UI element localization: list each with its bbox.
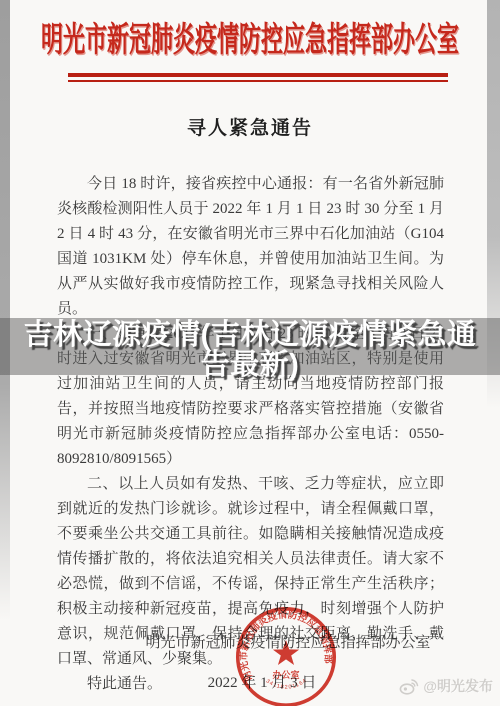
watermark-handle: @明光发布 [423, 676, 493, 696]
official-stamp-icon: 明光市新冠肺炎疫情防控应急指挥部 办公室 3411820116478 [233, 604, 339, 706]
star-icon [273, 640, 299, 665]
overlay-headline-line2: 告最新) [0, 350, 500, 380]
letterhead-divider [68, 73, 448, 82]
weibo-watermark: @明光发布 [399, 676, 493, 696]
body-paragraph-intro: 今日 18 时许，接省疾控中心通报：有一名省外新冠肺炎核酸检测阳性人员于 202… [57, 172, 444, 322]
overlay-headline: 吉林辽源疫情(吉林辽源疫情紧急通 告最新) [0, 320, 500, 380]
weibo-icon [399, 678, 419, 695]
letterhead-title: 明光市新冠肺炎疫情防控应急指挥部办公室 [0, 14, 500, 62]
notice-document-photo: 明光市新冠肺炎疫情防控应急指挥部办公室 寻人紧急通告 今日 18 时许，接省疾控… [0, 0, 500, 706]
notice-title: 寻人紧急通告 [0, 113, 500, 140]
overlay-headline-line1: 吉林辽源疫情(吉林辽源疫情紧急通 [0, 320, 500, 350]
stamp-center-label: 办公室 [272, 669, 299, 680]
